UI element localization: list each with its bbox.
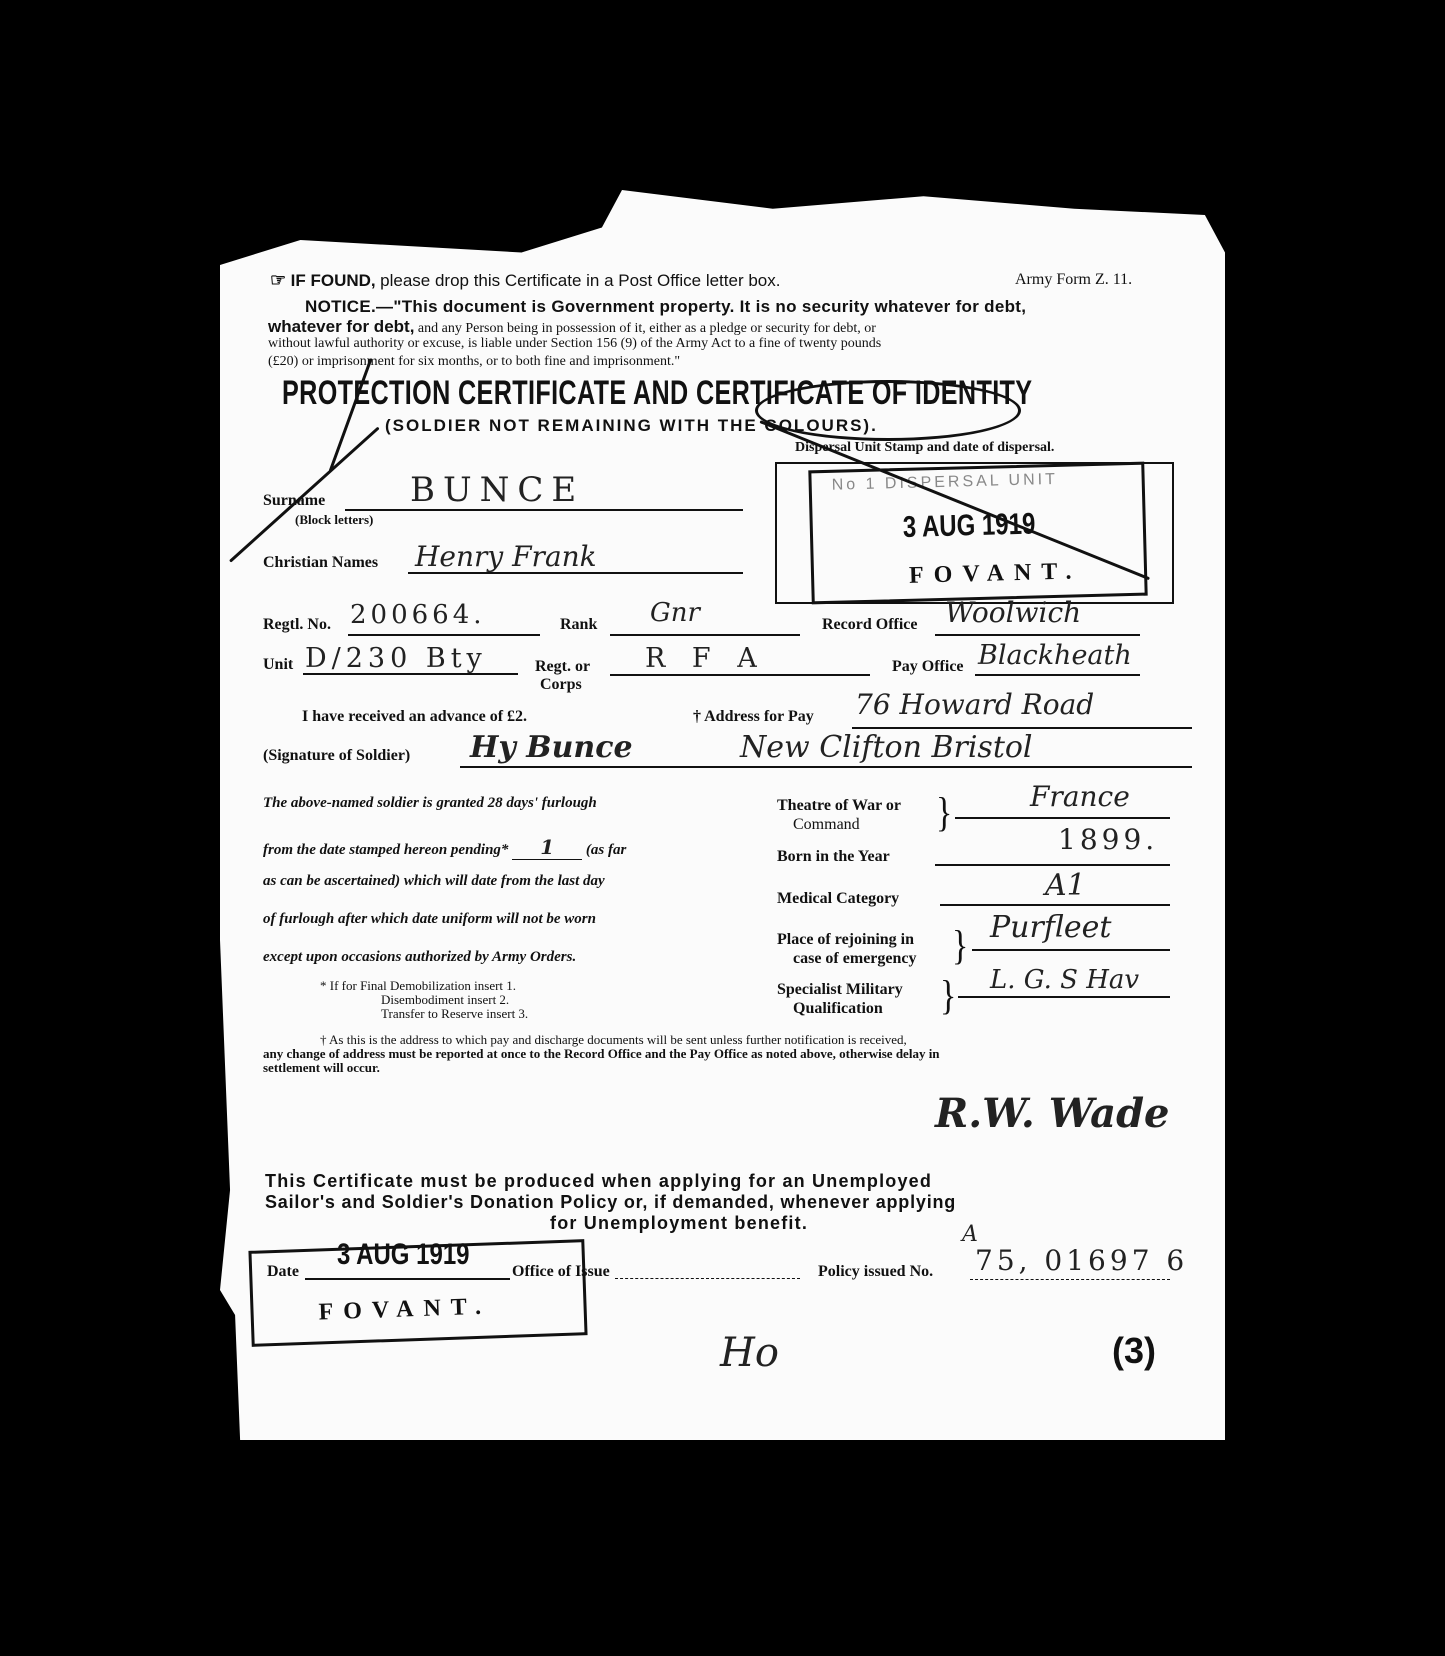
address-for-pay-line2: New Clifton Bristol xyxy=(740,730,1033,765)
specialist-label: Specialist Military xyxy=(777,981,903,999)
form-number: Army Form Z. 11. xyxy=(1015,271,1132,289)
furlough-line3: as can be ascertained) which will date f… xyxy=(263,873,605,890)
surname-sublabel: (Block letters) xyxy=(295,512,373,528)
regtl-no-underline xyxy=(348,634,540,636)
unit-underline xyxy=(303,673,518,675)
unemployment-line3: for Unemployment benefit. xyxy=(550,1213,808,1234)
born-value: 1899. xyxy=(1058,823,1158,856)
born-label: Born in the Year xyxy=(777,848,890,866)
regtl-no-value: 200664. xyxy=(350,600,486,630)
brace-icon: } xyxy=(940,974,956,1020)
theatre-value: France xyxy=(1030,780,1130,813)
rank-label: Rank xyxy=(560,616,597,634)
signature-underline xyxy=(460,766,1192,768)
christian-names-label: Christian Names xyxy=(263,554,378,572)
policy-value: 75, 01697 6 xyxy=(975,1244,1188,1277)
insert-note-3: Transfer to Reserve insert 3. xyxy=(381,1006,528,1022)
signature-label: (Signature of Soldier) xyxy=(263,747,410,765)
christian-names-value: Henry Frank xyxy=(415,540,597,573)
dispersal-stamp-label: Dispersal Unit Stamp and date of dispers… xyxy=(795,440,1054,456)
office-of-issue-label: Office of Issue xyxy=(512,1263,610,1281)
christian-names-underline xyxy=(408,572,743,574)
regtl-no-label: Regtl. No. xyxy=(263,616,331,634)
specialist-underline xyxy=(958,996,1170,998)
unemployment-line2: Sailor's and Soldier's Donation Policy o… xyxy=(265,1192,956,1213)
medical-value: A1 xyxy=(1045,868,1086,903)
rejoining-underline xyxy=(972,949,1170,951)
unemployment-line1: This Certificate must be produced when a… xyxy=(265,1171,932,1192)
policy-label: Policy issued No. xyxy=(818,1263,933,1281)
regt-corps-label2: Corps xyxy=(540,676,582,694)
pay-office-underline xyxy=(975,674,1140,676)
regt-corps-label: Regt. or xyxy=(535,658,590,676)
brace-icon: } xyxy=(952,924,968,970)
office-underline xyxy=(615,1278,800,1279)
date-underline xyxy=(305,1278,510,1280)
policy-underline xyxy=(970,1279,1170,1280)
notice-lead: NOTICE.—"This document is Government pro… xyxy=(305,297,1026,317)
regt-corps-underline xyxy=(610,674,870,676)
pay-office-value: Blackheath xyxy=(978,640,1132,671)
furlough-line2: from the date stamped hereon pending* 1 … xyxy=(263,835,626,860)
rejoining-value: Purfleet xyxy=(990,910,1111,945)
pen-loop-decoration xyxy=(755,380,1021,441)
medical-underline xyxy=(940,904,1170,906)
theatre-label: Theatre of War or xyxy=(777,797,901,815)
theatre-underline xyxy=(955,817,1170,819)
initials: Ho xyxy=(720,1330,779,1376)
furlough-line4: of furlough after which date uniform wil… xyxy=(263,911,596,928)
record-office-label: Record Office xyxy=(822,616,918,634)
address-for-pay-line1: 76 Howard Road xyxy=(855,688,1094,721)
address-note-line3: settlement will occur. xyxy=(263,1060,380,1076)
record-office-value: Woolwich xyxy=(945,596,1081,629)
found-label: IF FOUND, xyxy=(291,271,376,290)
address-underline xyxy=(852,727,1192,729)
furlough-line1: The above-named soldier is granted 28 da… xyxy=(263,795,597,812)
stamp-unit-text: No 1 DISPERSAL UNIT xyxy=(831,471,1058,495)
notice-line3: (£20) or imprisonment for six months, or… xyxy=(268,354,680,370)
surname-value: BUNCE xyxy=(410,470,584,510)
notice-line2: without lawful authority or excuse, is l… xyxy=(268,336,881,352)
furlough-line5: except upon occasions authorized by Army… xyxy=(263,949,576,966)
record-office-underline xyxy=(935,634,1140,636)
officer-signature: R.W. Wade xyxy=(935,1090,1170,1137)
advance-text: I have received an advance of £2. xyxy=(302,708,527,726)
address-for-pay-label: † Address for Pay xyxy=(693,708,814,726)
pointing-hand-icon: ☞ xyxy=(270,270,286,290)
unit-value: D/230 Bty xyxy=(305,643,487,674)
rank-value: Gnr xyxy=(650,598,700,628)
unit-label: Unit xyxy=(263,656,293,674)
pay-office-label: Pay Office xyxy=(892,658,964,676)
issue-stamp-place: FOVANT. xyxy=(318,1293,491,1326)
found-line: ☞ IF FOUND, please drop this Certificate… xyxy=(270,270,780,291)
regt-corps-value: R F A xyxy=(645,643,757,674)
stamp-place: FOVANT. xyxy=(909,558,1082,590)
date-value: 3 AUG 1919 xyxy=(337,1238,470,1272)
surname-underline xyxy=(345,509,743,511)
specialist-value: L. G. S Hav xyxy=(990,965,1139,995)
rank-underline xyxy=(610,634,800,636)
rejoining-label: Place of rejoining in xyxy=(777,931,914,949)
dispersal-stamp: No 1 DISPERSAL UNIT 3 AUG 1919 FOVANT. xyxy=(808,462,1147,605)
pending-insert-value: 1 xyxy=(512,835,582,860)
born-underline xyxy=(935,864,1170,866)
found-text: please drop this Certificate in a Post O… xyxy=(380,271,780,290)
notice-line1: whatever for debt, and any Person being … xyxy=(268,317,876,337)
rejoining-label2: case of emergency xyxy=(793,950,917,968)
page-marker: (3) xyxy=(1112,1330,1156,1372)
signature-value: Hy Bunce xyxy=(470,730,633,765)
theatre-label2: Command xyxy=(793,816,860,834)
medical-label: Medical Category xyxy=(777,890,899,908)
brace-icon: } xyxy=(936,791,952,837)
date-label: Date xyxy=(267,1263,299,1281)
specialist-label2: Qualification xyxy=(793,1000,883,1018)
